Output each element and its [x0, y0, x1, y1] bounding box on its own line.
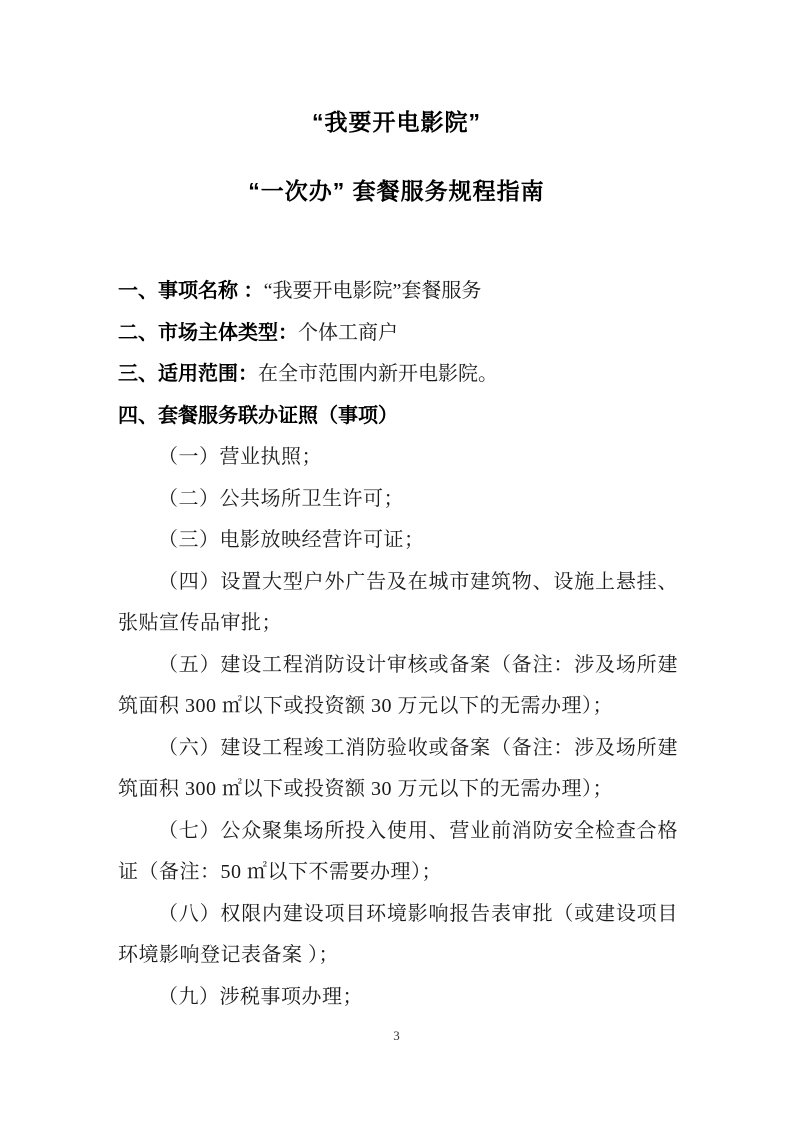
list-item-1: （一）营业执照； [118, 437, 678, 479]
document-title: “我要开电影院” “一次办” 套餐服务规程指南 [0, 0, 793, 207]
list-item-5: （五）建设工程消防设计审核或备案（备注：涉及场所建筑面积 300 ㎡以下或投资额… [118, 645, 678, 728]
list-item-9: （九）涉税事项办理； [118, 977, 678, 1019]
section-heading-4: 四、套餐服务联办证照（事项） [118, 396, 678, 438]
page-number: 3 [0, 1028, 793, 1044]
section-heading-2-value: 个体工商户 [298, 322, 398, 344]
document-page: “我要开电影院” “一次办” 套餐服务规程指南 一、事项名称 ：“我要开电影院”… [0, 0, 793, 1122]
section-heading-1-label: 一、事项名称 ： [118, 280, 264, 302]
section-heading-1-value: “我要开电影院”套餐服务 [264, 280, 482, 302]
document-title-line-1: “我要开电影院” [0, 106, 793, 138]
section-heading-1: 一、事项名称 ：“我要开电影院”套餐服务 [118, 271, 678, 313]
list-item-8: （八）权限内建设项目环境影响报告表审批（或建设项目环境影响登记表备案 ）； [118, 894, 678, 977]
list-item-7: （七）公众聚集场所投入使用、营业前消防安全检查合格证（备注：50 ㎡以下不需要办… [118, 811, 678, 894]
list-item-4: （四）设置大型户外广告及在城市建筑物、设施上悬挂、张贴宣传品审批； [118, 562, 678, 645]
list-item-3: （三）电影放映经营许可证； [118, 520, 678, 562]
section-heading-2: 二、市场主体类型：个体工商户 [118, 313, 678, 355]
section-heading-4-label: 四、套餐服务联办证照（事项） [118, 405, 398, 427]
section-heading-3-label: 三、适用范围： [118, 363, 258, 385]
list-item-2: （二）公共场所卫生许可； [118, 479, 678, 521]
document-title-line-2: “一次办” 套餐服务规程指南 [0, 175, 793, 207]
section-heading-3: 三、适用范围：在全市范围内新开电影院。 [118, 354, 678, 396]
section-heading-3-value: 在全市范围内新开电影院。 [258, 363, 498, 385]
section-heading-2-label: 二、市场主体类型： [118, 322, 298, 344]
document-body: 一、事项名称 ：“我要开电影院”套餐服务 二、市场主体类型：个体工商户 三、适用… [118, 271, 678, 1018]
list-item-6: （六）建设工程竣工消防验收或备案（备注：涉及场所建筑面积 300 ㎡以下或投资额… [118, 728, 678, 811]
